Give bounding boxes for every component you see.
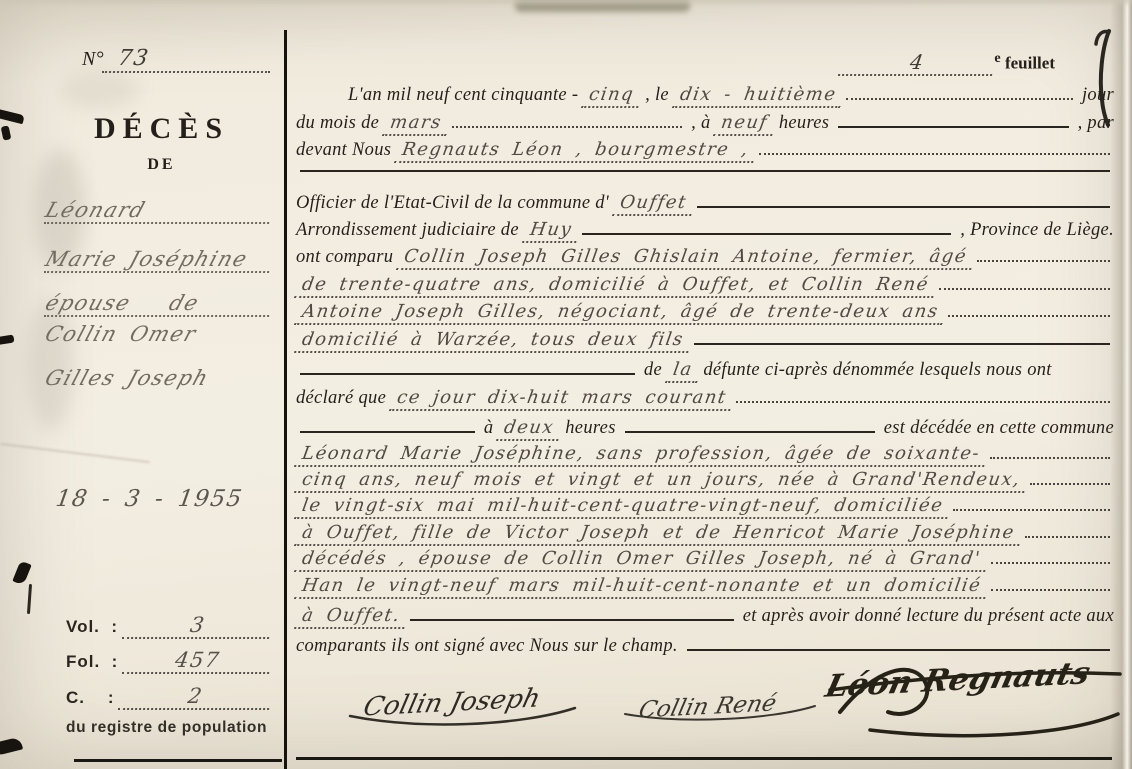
printed-text: , le	[640, 85, 674, 106]
signature-text: Collin René	[636, 690, 779, 723]
printed-text: et après avoir donné lecture du présent …	[738, 606, 1114, 627]
dotted-leader	[452, 126, 682, 128]
handwritten-entry: Léonard Marie Joséphine, sans profession…	[294, 443, 988, 467]
handwritten-entry: ce jour dix-huit mars courant	[389, 387, 734, 411]
deceased-name-text: Marie Joséphine	[42, 247, 251, 271]
printed-text: à	[479, 418, 498, 439]
feuillet-word: feuillet	[1001, 54, 1055, 73]
act-line-11: de la défunte ci-après dénommée lesquels…	[296, 359, 1114, 383]
act-line-1: L'an mil neuf cent cinquante - cinq , le…	[296, 84, 1114, 108]
printed-text: ont comparu	[296, 247, 398, 268]
act-line-16: le vingt-six mai mil-huit-cent-quatre-vi…	[296, 495, 1114, 519]
dotted-leader	[1030, 483, 1110, 485]
deceased-name-text: épouse de	[42, 291, 202, 315]
register-c-row: C. : 2	[66, 684, 271, 710]
handwritten-entry: Antoine Joseph Gilles, négociant, âgé de…	[294, 301, 946, 325]
dotted-leader	[1025, 536, 1111, 538]
handwritten-entry: Huy	[522, 219, 580, 243]
deceased-name-line: Marie Joséphine	[44, 247, 273, 273]
printed-text: heures	[774, 113, 834, 134]
rule-line	[300, 170, 1110, 172]
register-note: du registre de population	[66, 719, 267, 737]
handwritten-entry: Ouffet	[612, 192, 694, 216]
handwritten-entry: cinq ans, neuf mois et vingt et un jours…	[294, 469, 1028, 493]
handwritten-entry: Regnauts Léon , bourgmestre ,	[394, 139, 756, 163]
rule-line	[697, 206, 1110, 208]
printed-text: L'an mil neuf cent cinquante -	[348, 85, 583, 106]
feuillet-number: 4	[838, 50, 997, 76]
fol-value: 457	[122, 648, 273, 674]
handwritten-entry: deux	[497, 417, 563, 441]
printed-text: défunte ci-après dénommée lesquels nous …	[698, 360, 1051, 381]
rule-line	[300, 373, 635, 375]
deceased-name-line: Gilles Joseph	[44, 366, 273, 390]
act-line-10: domicilié à Warzée, tous deux fils	[296, 329, 1114, 353]
signature-text: Léon Regnauts	[822, 655, 1094, 705]
c-value: 2	[118, 684, 273, 710]
handwritten-entry: de trente-quatre ans, domicilié à Ouffet…	[294, 274, 936, 298]
rule-line	[625, 431, 875, 433]
column-divider-rule	[284, 30, 287, 769]
death-certificate-page: N° 73 DÉCÈS DE Léonard Marie Joséphine é…	[0, 0, 1132, 769]
handwritten-entry: mars	[382, 112, 449, 136]
margin-column: N° 73 DÉCÈS DE Léonard Marie Joséphine é…	[40, 0, 283, 769]
act-number-label: N°	[82, 48, 104, 71]
register-fol-row: Fol. : 457	[66, 648, 271, 674]
document-subtitle: DE	[40, 156, 283, 174]
binding-ink-mark	[0, 737, 23, 757]
handwritten-entry: Han le vingt-neuf mars mil-huit-cent-non…	[294, 575, 989, 599]
printed-text: est décédée en cette commune	[879, 418, 1114, 439]
printed-text: de	[639, 360, 667, 381]
dotted-leader	[977, 260, 1110, 262]
act-line-15: cinq ans, neuf mois et vingt et un jours…	[296, 469, 1114, 493]
fol-label: Fol. :	[66, 652, 124, 672]
printed-text: , à	[686, 113, 715, 134]
pen-mark	[27, 584, 32, 614]
handwritten-entry: neuf	[714, 112, 776, 136]
binding-ink-mark	[12, 561, 31, 586]
act-line-4	[296, 170, 1114, 172]
act-line-9: Antoine Joseph Gilles, négociant, âgé de…	[296, 301, 1114, 325]
binding-ink-mark	[1, 125, 12, 140]
printed-text: déclaré que	[296, 388, 391, 409]
act-line-14: Léonard Marie Joséphine, sans profession…	[296, 443, 1114, 467]
deceased-name-line: Léonard	[44, 198, 273, 224]
handwritten-entry: cinq	[581, 84, 642, 108]
signature-collin-rene: Collin René	[640, 694, 775, 720]
vol-value: 3	[122, 613, 273, 639]
printed-text: , Province de Liège.	[955, 220, 1114, 241]
deceased-name-text: Gilles Joseph	[42, 366, 212, 390]
feuillet-label: e feuillet	[994, 50, 1055, 74]
deceased-name-text: Léonard	[42, 198, 149, 222]
act-number-value: 73	[102, 46, 274, 73]
dotted-leader	[939, 288, 1110, 290]
printed-text: Arrondissement judiciaire de	[296, 220, 524, 241]
handwritten-entry: à Ouffet, fille de Victor Joseph et de H…	[294, 522, 1022, 546]
act-line-20: à Ouffet. et après avoir donné lecture d…	[296, 605, 1114, 629]
dotted-leader	[736, 401, 1110, 403]
printed-text: devant Nous	[296, 140, 396, 161]
printed-text: heures	[560, 418, 620, 439]
c-label: C. :	[66, 688, 120, 708]
dotted-leader	[759, 153, 1110, 155]
act-line-19: Han le vingt-neuf mars mil-huit-cent-non…	[296, 575, 1114, 599]
signature-officer: Léon Regnauts	[828, 662, 1088, 698]
rule-line	[694, 343, 1110, 345]
act-line-8: de trente-quatre ans, domicilié à Ouffet…	[296, 274, 1114, 298]
dotted-leader	[991, 562, 1110, 564]
act-line-18: décédés , épouse de Collin Omer Gilles J…	[296, 548, 1114, 572]
act-line-6: Arrondissement judiciaire de Huy , Provi…	[296, 219, 1114, 243]
act-line-2: du mois de mars , à neuf heures , par	[296, 112, 1114, 136]
document-title: DÉCÈS	[40, 112, 283, 146]
handwritten-entry: domicilié à Warzée, tous deux fils	[294, 329, 691, 353]
rule-line	[838, 126, 1068, 128]
handwritten-entry: Collin Joseph Gilles Ghislain Antoine, f…	[396, 246, 975, 270]
act-line-7: ont comparu Collin Joseph Gilles Ghislai…	[296, 246, 1114, 270]
deceased-name-text: Collin Omer	[42, 322, 200, 346]
act-line-13: à deux heures est décédée en cette commu…	[296, 417, 1114, 441]
deceased-name-line: Collin Omer	[44, 322, 273, 346]
dotted-leader	[991, 589, 1110, 591]
act-line-5: Officier de l'Etat-Civil de la commune d…	[296, 192, 1114, 216]
deceased-name-line: épouse de	[44, 291, 273, 317]
handwritten-entry: à Ouffet.	[294, 605, 408, 629]
act-number-row: N° 73	[82, 46, 272, 73]
printed-text: , par	[1073, 113, 1114, 134]
rule-line	[300, 431, 475, 433]
dotted-leader	[846, 98, 1073, 100]
signature-collin-joseph: Collin Joseph	[365, 688, 539, 718]
handwritten-entry: la	[665, 359, 700, 383]
rule-line	[410, 619, 734, 621]
handwritten-entry: décédés , épouse de Collin Omer Gilles J…	[294, 548, 988, 572]
act-line-12: déclaré que ce jour dix-huit mars couran…	[296, 387, 1114, 411]
act-line-3: devant Nous Regnauts Léon , bourgmestre …	[296, 139, 1114, 163]
register-vol-row: Vol. : 3	[66, 613, 271, 639]
printed-text: du mois de	[296, 113, 384, 134]
act-line-17: à Ouffet, fille de Victor Joseph et de H…	[296, 522, 1114, 546]
rule-line	[582, 233, 952, 235]
printed-text: jour	[1077, 85, 1114, 106]
vol-label: Vol. :	[66, 617, 124, 637]
dotted-leader	[948, 315, 1110, 317]
handwritten-entry: le vingt-six mai mil-huit-cent-quatre-vi…	[294, 495, 951, 519]
dotted-leader	[990, 457, 1110, 459]
handwritten-entry: dix - huitième	[672, 84, 844, 108]
signature-text: Collin Joseph	[360, 683, 543, 722]
feuillet-header: 4 e feuillet	[840, 50, 1055, 76]
dotted-leader	[953, 509, 1110, 511]
margin-death-date: 18 - 3 - 1955	[54, 486, 245, 512]
binding-ink-mark	[0, 109, 25, 125]
binding-ink-mark	[0, 334, 15, 345]
printed-text: Officier de l'Etat-Civil de la commune d…	[296, 193, 614, 214]
